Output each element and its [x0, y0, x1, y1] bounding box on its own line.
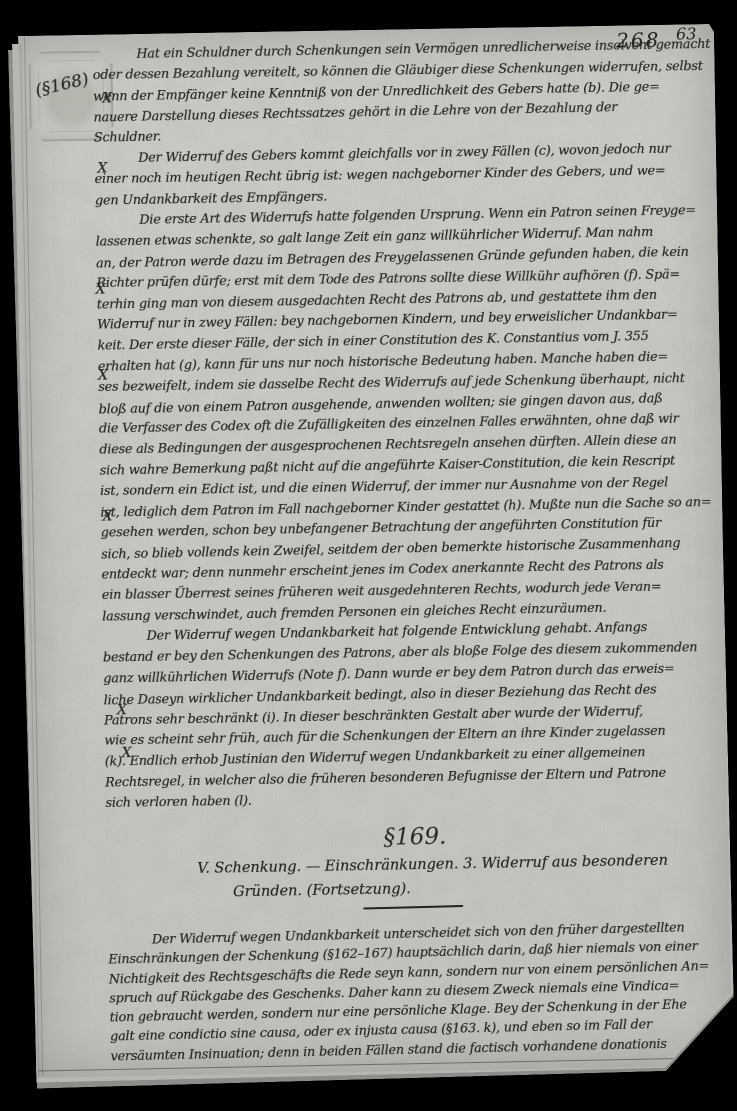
section-subtitle-line1: V. Schenkung. — Einschränkungen. 3. Wide… — [124, 852, 737, 879]
line-text: sich verloren haben (l). — [105, 793, 251, 810]
manuscript-page: 268 63 (§168) X X X X X X X Hat ein Schu… — [18, 24, 732, 1078]
heading-underline — [363, 905, 463, 910]
section-subtitle-line2: Gründen. (Fortsetzung). — [233, 881, 411, 900]
section-number-heading: §169. — [106, 819, 724, 856]
handwriting-text-block-2: Der Widerruf wegen Undankbarkeit untersc… — [108, 920, 729, 1069]
line-text: Schuldner. — [94, 130, 162, 146]
handwriting-text-block: Hat ein Schuldner durch Schenkungen sein… — [92, 37, 723, 817]
line-text: Hat ein Schuldner durch Schenkungen sein… — [136, 37, 710, 62]
